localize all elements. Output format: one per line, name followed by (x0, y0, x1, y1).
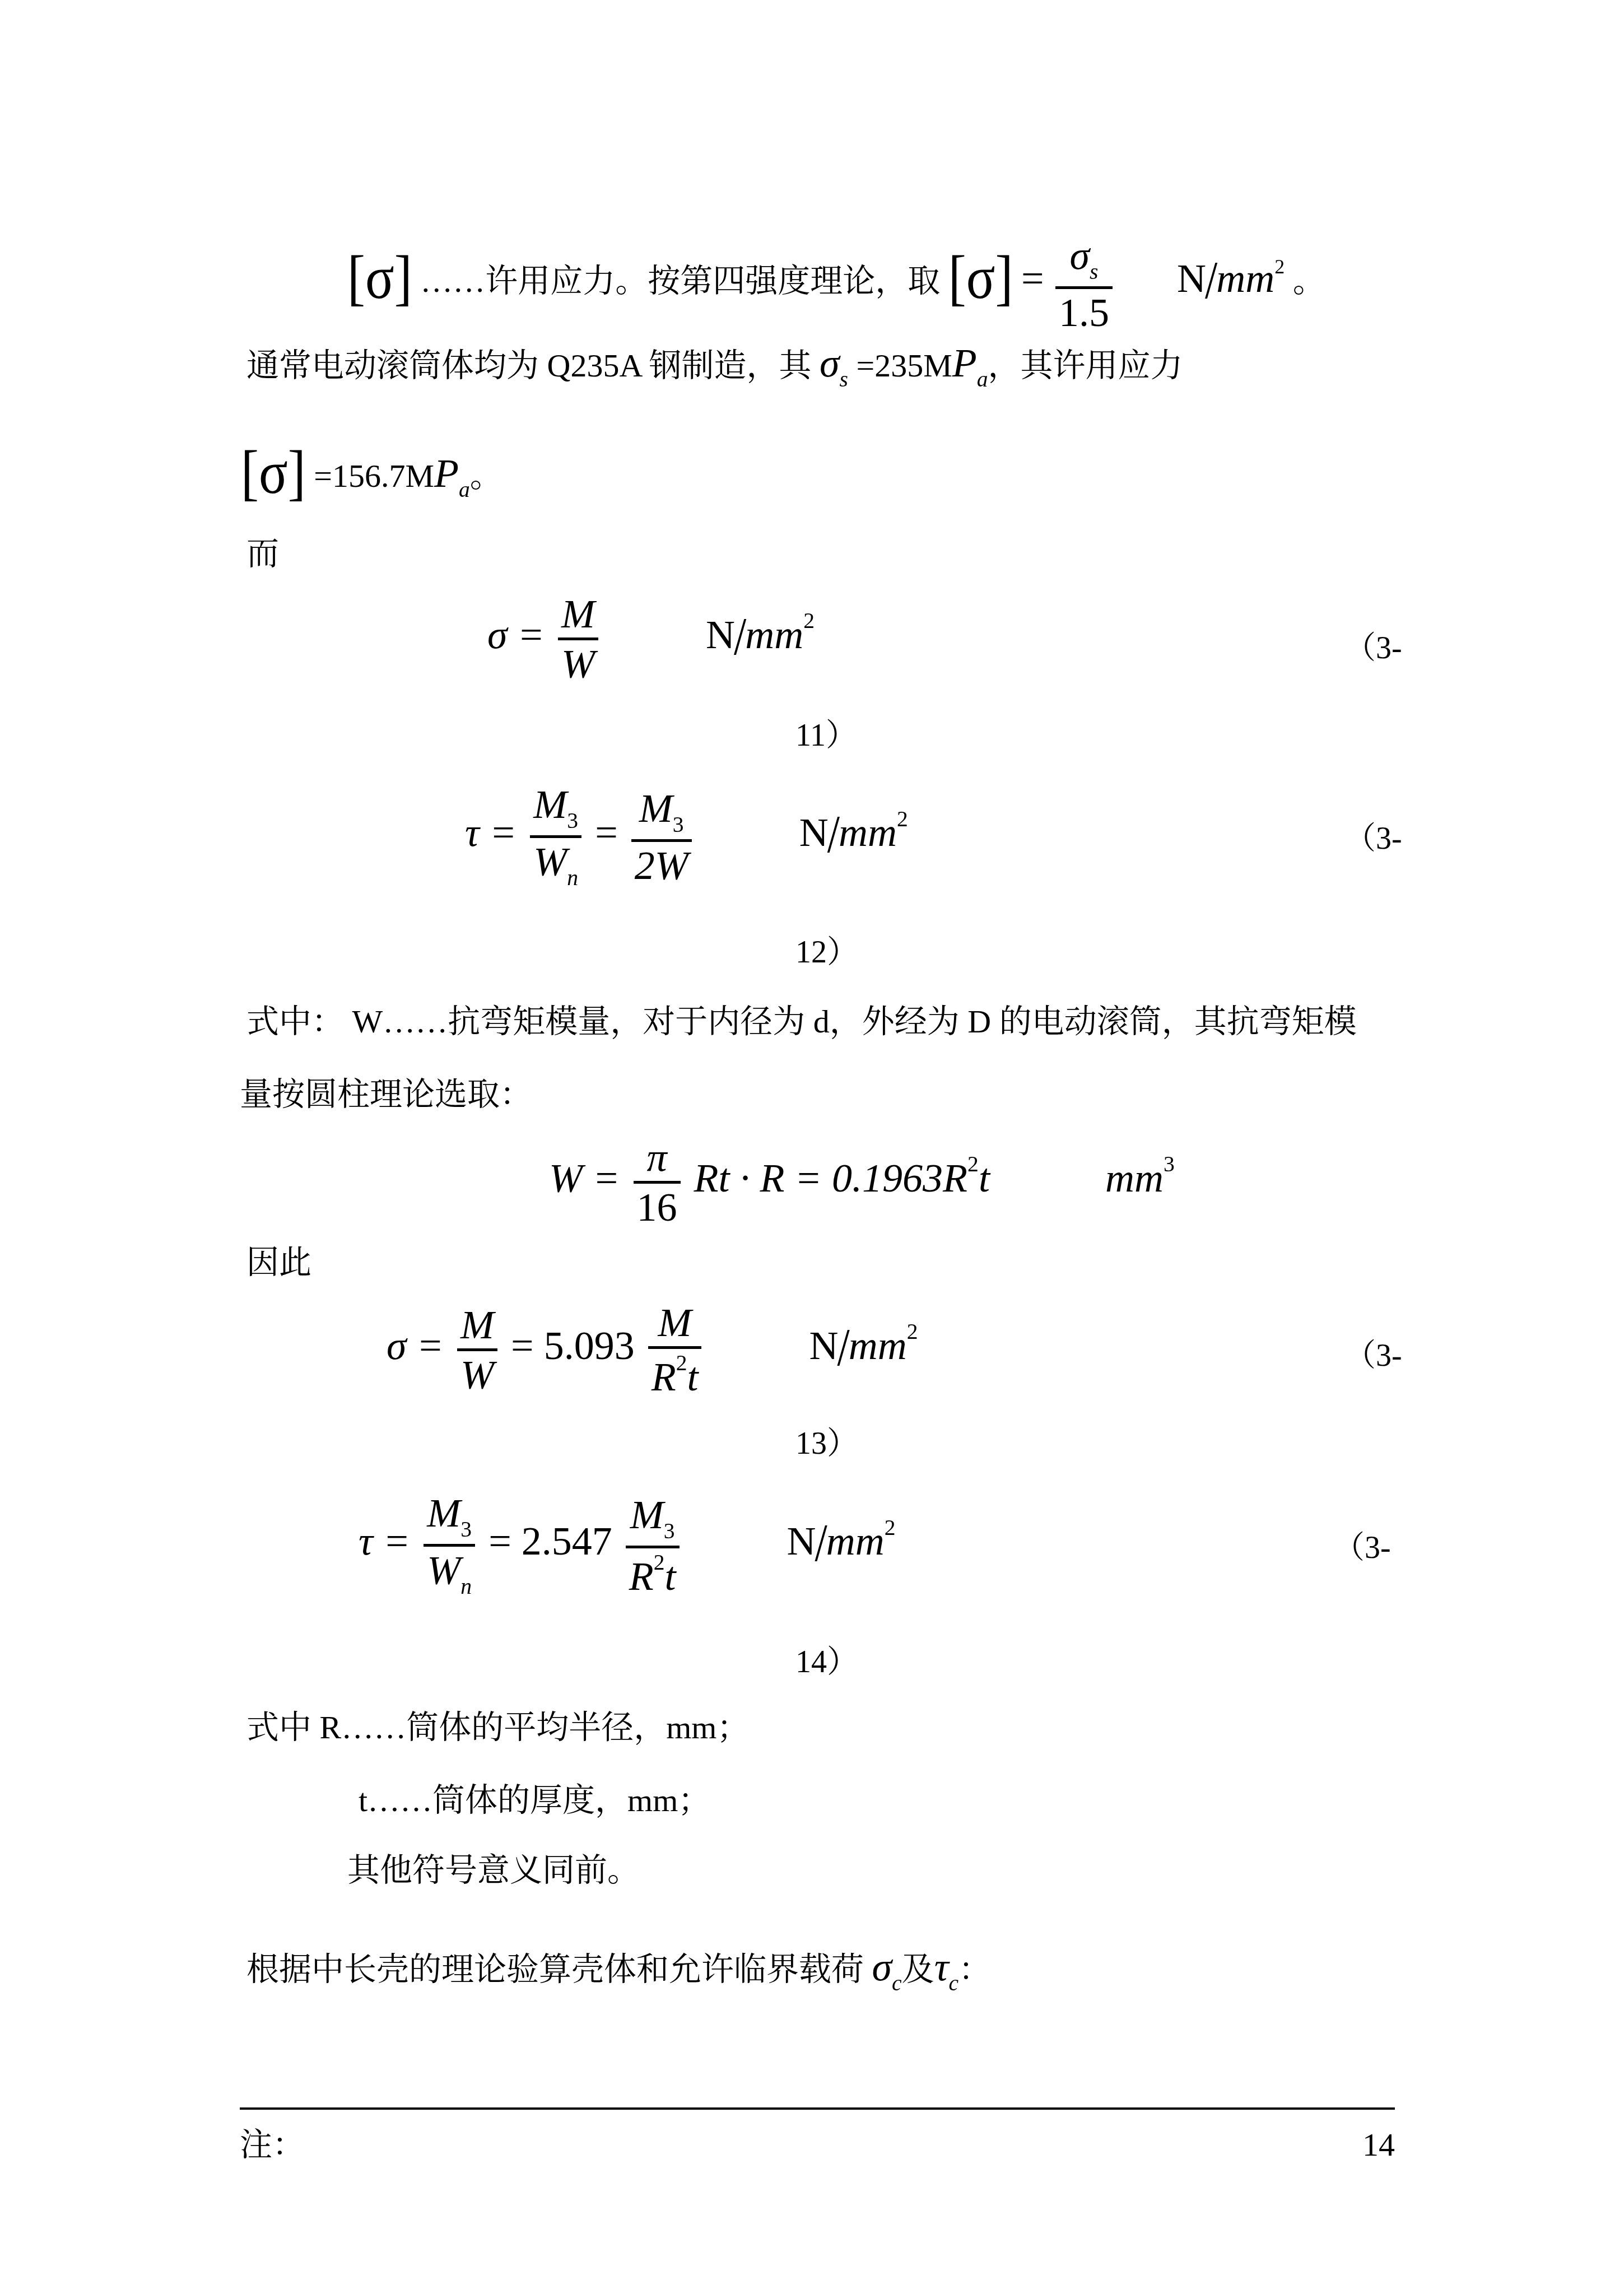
equation-number-part2: 11） (795, 710, 857, 755)
unit-mm: mm (745, 612, 803, 657)
unit-mm: mm (826, 1519, 885, 1564)
sigma-bracket: [σ] (241, 441, 306, 503)
allowable-stress-definition: [σ] ……许用应力。按第四强度理论，取 [σ] = σs 1.5 N/mm2 … (347, 235, 1325, 333)
pa-unit: Pa (952, 341, 988, 385)
fraction-m3-over-wn: M3 Wn (424, 1493, 475, 1598)
unit-slash: / (815, 1516, 827, 1570)
unit-slash: / (734, 610, 746, 664)
equation-number-part2: 13） (795, 1418, 858, 1463)
document-page: [σ] ……许用应力。按第四强度理论，取 [σ] = σs 1.5 N/mm2 … (0, 0, 1624, 2294)
equation-3-13: σ = M W = 5.093 M R2t N/mm2 (387, 1302, 918, 1397)
definition-text: ……许用应力。按第四强度理论，取 (420, 263, 940, 299)
sigma-bracket-2: [σ] (948, 246, 1013, 308)
unit-exponent: 2 (907, 1319, 918, 1344)
q235a-material-text: 通常电动滚筒体均为 Q235A 钢制造，其 σs =235MPa，其许用应力 (246, 343, 1183, 390)
equation-3-14: τ = M3 Wn = 2.547 M3 R2t N/mm2 (359, 1493, 896, 1598)
sigma-c-symbol: σc (872, 1944, 902, 1989)
page-number: 14 (1362, 2129, 1395, 2161)
footer-divider (240, 2107, 1395, 2110)
footer-note-label: 注： (240, 2129, 305, 2161)
r-definition: 式中 R……筒体的平均半径，mm； (246, 1711, 749, 1744)
unit-exponent: 2 (1274, 255, 1285, 278)
conjunction-er: 而 (246, 538, 279, 570)
t-definition: t……筒体的厚度，mm； (359, 1784, 710, 1817)
material-text: 通常电动滚筒体均为 Q235A 钢制造，其 (246, 347, 812, 384)
sigma-s-symbol: σs (820, 341, 848, 385)
equation-number-part1: （3- (1344, 1330, 1402, 1375)
fraction-m-over-r2t: M R2t (648, 1302, 702, 1397)
unit-mm: mm (1216, 256, 1274, 301)
unit-exponent: 2 (803, 608, 815, 633)
unit-n: N (799, 810, 829, 855)
eq-lhs: τ = (359, 1519, 420, 1564)
unit-n: N (706, 612, 735, 657)
equation-number-part2: 12） (795, 927, 858, 972)
equation-3-12: τ = M3 Wn = M3 2W N/mm2 (465, 784, 908, 890)
fraction-m3-over-2w: M3 2W (631, 788, 692, 886)
unit-exponent: 2 (897, 807, 908, 831)
eq-lhs: σ = (487, 612, 555, 657)
unit-mm: mm (849, 1323, 907, 1368)
unit-slash: / (1205, 254, 1217, 308)
unit-slash: / (827, 808, 840, 862)
equation-number-part1: （3- (1333, 1523, 1391, 1567)
unit-mm: mm (1105, 1156, 1164, 1200)
unit-n: N (809, 1323, 838, 1368)
period: 。 (1293, 263, 1325, 299)
unit-n: N (787, 1519, 816, 1564)
equals-sign: = (1021, 256, 1044, 301)
unit-mm: mm (839, 810, 897, 855)
sigma-bracket: [σ] (347, 246, 412, 308)
unit-n: N (1177, 256, 1206, 301)
other-symbols-note: 其他符号意义同前。 (347, 1854, 640, 1887)
unit-exponent: 2 (885, 1515, 896, 1540)
period: 。 (470, 458, 502, 494)
yield-value: =235M (857, 347, 952, 384)
fraction-m-over-w: M W (457, 1305, 497, 1395)
equation-number-part1: （3- (1344, 623, 1402, 668)
allowable-text: ，其许用应力 (988, 347, 1183, 384)
w-definition-text: 式中： W……抗弯矩模量，对于内径为 d，外经为 D 的电动滚筒，其抗弯矩模 (246, 1006, 1357, 1038)
therefore-text: 因此 (246, 1246, 311, 1279)
allowable-stress-value: [σ] =156.7MPa。 (241, 445, 502, 501)
equals-sign: = (595, 810, 628, 855)
equation-3-11: σ = M W N/mm2 (487, 594, 815, 684)
unit-exponent: 3 (1164, 1152, 1175, 1176)
tau-c-symbol: τc (934, 1944, 958, 1989)
coefficient: = 2.547 (488, 1519, 612, 1564)
allowable-value: =156.7M (314, 458, 434, 494)
equation-number-part2: 14） (795, 1637, 858, 1682)
fraction-m3-over-wn: M3 Wn (530, 784, 581, 890)
pa-unit: Pa (434, 451, 470, 496)
fraction-sigma-s-over-1-5: σs 1.5 (1055, 235, 1113, 333)
eq-lhs: τ = (465, 810, 527, 855)
denominator: 1.5 (1055, 286, 1113, 333)
critical-load-intro: 根据中长壳的理论验算壳体和允许临界载荷 σc及τc： (246, 1947, 991, 1994)
equation-number-part1: （3- (1344, 813, 1402, 858)
equation-section-modulus: W = π 16 Rt · R = 0.1963R2t mm3 (549, 1137, 1175, 1227)
subscript-s: s (1090, 259, 1098, 284)
fraction-pi-over-16: π 16 (634, 1137, 681, 1227)
w-definition-continued: 量按圆柱理论选取： (240, 1078, 532, 1111)
fraction-m3-over-r2t: M3 R2t (626, 1495, 680, 1597)
unit-slash: / (837, 1321, 849, 1375)
eq-rhs: Rt · R = 0.1963R (694, 1156, 968, 1200)
eq-lhs: σ = (387, 1323, 454, 1368)
fraction-m-over-w: M W (558, 594, 598, 684)
sigma-symbol: σ (1070, 233, 1090, 278)
eq-lhs: W = (549, 1156, 630, 1200)
coefficient: = 5.093 (511, 1323, 635, 1368)
